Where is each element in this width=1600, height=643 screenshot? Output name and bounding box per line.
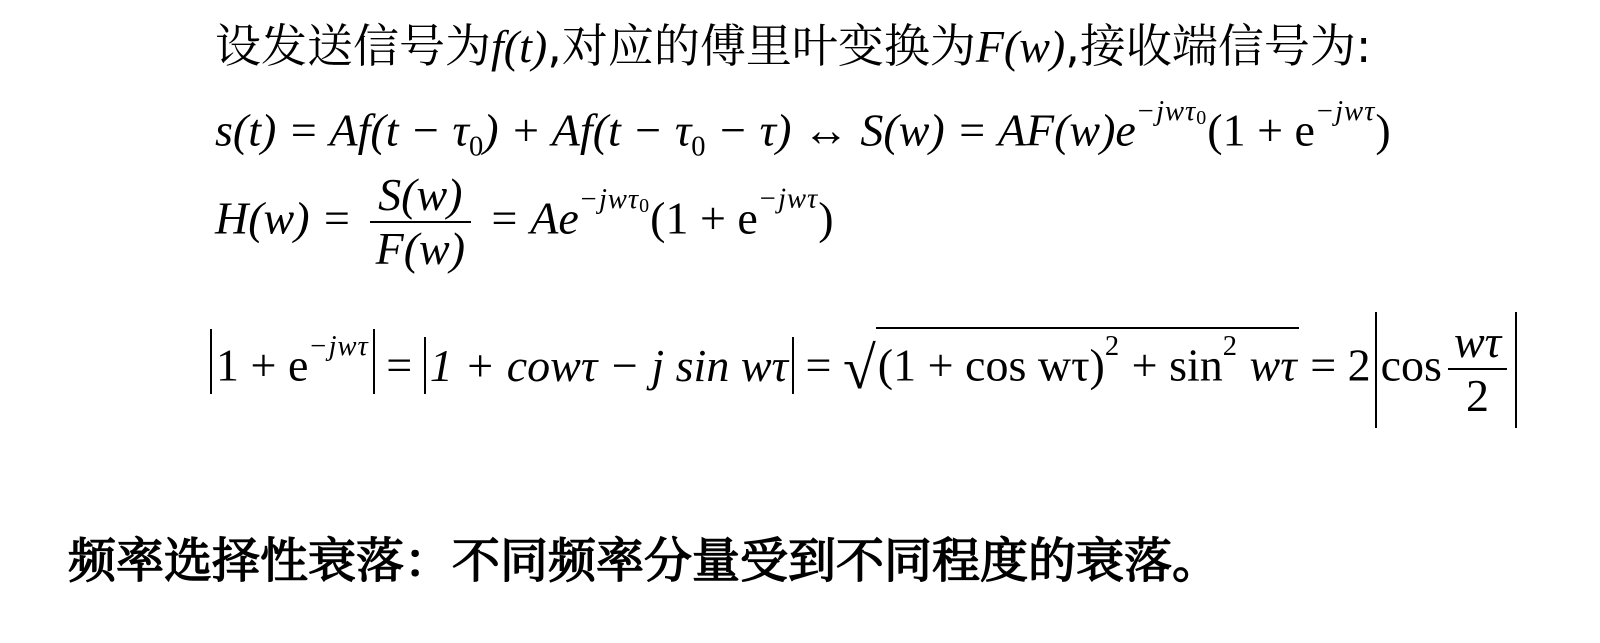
equation-transfer-function: H(w) = S(w) F(w) = Ae−jwτ0(1 + e−jwτ) <box>215 170 834 275</box>
eq2-lhs: s(t) = Af(t − τ <box>215 105 469 156</box>
fourier-pair-arrow: ↔ <box>803 105 849 156</box>
intro-text-mid: ,对应的傅里叶变换为 <box>547 19 976 73</box>
eq4-abs1: 1 + e−jwτ <box>210 329 375 394</box>
intro-sentence: 设发送信号为f(t),对应的傅里叶变换为F(w),接收端信号为: <box>215 10 1371 76</box>
eq2-sub-0: 0 <box>469 132 483 163</box>
equation-magnitude: 1 + e−jwτ = 1 + cowτ − j sin wτ = √(1 + … <box>210 312 1517 428</box>
eq2-close: ) <box>1375 105 1390 156</box>
eq4-abs2: 1 + cowτ − j sin wτ <box>424 337 794 395</box>
eq3-exp1: −jwτ0 <box>579 184 650 215</box>
eq4-cos: cos <box>1381 340 1442 391</box>
eq2-sub-0b: 0 <box>691 132 705 163</box>
eq3-rhs: = Ae <box>489 192 579 243</box>
equation-received-signal: s(t) = Af(t − τ0) + Af(t − τ0 − τ) ↔ S(w… <box>215 96 1391 164</box>
eq4-eq2: = <box>805 340 831 391</box>
eq4-eq3: = 2 <box>1310 340 1370 391</box>
eq3-paren: (1 + e <box>650 192 758 243</box>
eq3-exp2: −jwτ <box>758 184 818 215</box>
eq3-fraction: S(w) F(w) <box>370 170 471 275</box>
eq2-lhs-end: − τ) <box>706 105 792 156</box>
eq2-exp1: −jwτ0 <box>1136 96 1207 127</box>
eq3-frac-den: F(w) <box>370 223 471 276</box>
eq2-rhs: S(w) = AF(w)e <box>860 105 1135 156</box>
conclusion-statement: 频率选择性衰落：不同频率分量受到不同程度的衰落。 <box>68 522 1220 591</box>
intro-text-suffix: ,接收端信号为: <box>1065 19 1371 73</box>
eq3-lhs: H(w) = <box>215 192 352 243</box>
eq2-exp2: −jwτ <box>1315 96 1375 127</box>
eq3-frac-num: S(w) <box>370 170 471 223</box>
eq3-close: ) <box>818 192 833 243</box>
eq2-lhs-mid: ) + Af(t − τ <box>483 105 691 156</box>
eq4-eq1: = <box>386 340 412 391</box>
eq2-paren: (1 + e <box>1207 105 1315 156</box>
eq4-sqrt: √(1 + cos wτ)2 + sin2 wτ <box>843 327 1299 403</box>
intro-text-prefix: 设发送信号为 <box>215 19 491 73</box>
eq4-abs3-left <box>1375 312 1377 428</box>
eq4-fraction: wτ2 <box>1448 317 1507 422</box>
math-f-of-t: f(t) <box>491 21 547 72</box>
eq4-abs3-right <box>1515 312 1517 428</box>
math-F-of-w: F(w) <box>976 21 1065 72</box>
